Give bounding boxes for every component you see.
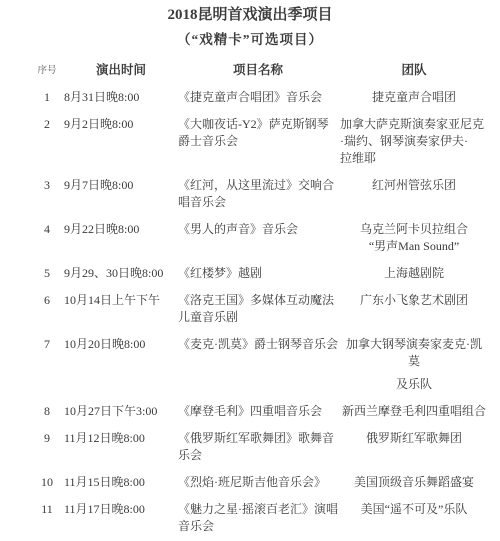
row-name-cell: 《俄罗斯红军歌舞团》歌舞音乐会 [178, 430, 340, 464]
table-row: 8 10月27日下午3:00 《摩登毛利》四重唱音乐会 新西兰摩登毛利四重唱组合 [30, 398, 488, 425]
table-header-row: 序号 演出时间 项目名称 团队 [30, 58, 488, 84]
table-row: 10 11月15日晚8:00 《烈焰·班尼斯吉他音乐会》 美国顶级音乐舞蹈盛宴 [30, 469, 488, 496]
row-name-cell: 《男人的声音》音乐会 [178, 221, 340, 255]
row-team-cell: 加拿大钢琴演奏家麦克·凯 莫及乐队 [340, 336, 488, 393]
row-time-cell: 9月7日晚8:00 [64, 177, 178, 211]
row-name-cell: 《麦克·凯莫》爵士钢琴音乐会 [178, 336, 340, 393]
schedule-table: 序号 演出时间 项目名称 团队 1 8月31日晚8:00 《捷克童声合唱团》音乐… [30, 58, 488, 540]
row-team-cell: 新西兰摩登毛利四重唱组合 [340, 403, 488, 420]
table-row: 7 10月20日晚8:00 《麦克·凯莫》爵士钢琴音乐会 加拿大钢琴演奏家麦克·… [30, 331, 488, 398]
row-name-cell: 《捷克童声合唱团》音乐会 [178, 89, 340, 106]
row-name-cell: 《红楼梦》越剧 [178, 265, 340, 282]
row-team-cell: 加拿大萨克斯演奏家亚尼克 ·瑞约、钢琴演奏家伊夫· 拉维耶 [340, 116, 488, 167]
row-team-cell: 红河州管弦乐团 [340, 177, 488, 211]
row-team-cell: 广东小飞象艺术剧团 [340, 292, 488, 326]
row-index-cell: 5 [30, 265, 64, 282]
row-name-cell: 《摩登毛利》四重唱音乐会 [178, 403, 340, 420]
row-team-cell: 捷克童声合唱团 [340, 89, 488, 106]
page-subtitle: （“戏精卡”可选项目） [0, 31, 500, 49]
row-name-cell: 《大咖夜话-Y2》萨克斯钢琴爵士音乐会 [178, 116, 340, 167]
row-team-cell: 上海越剧院 [340, 265, 488, 282]
header-team: 团队 [340, 62, 488, 80]
row-team-text: 加拿大钢琴演奏家麦克·凯 莫 [346, 337, 482, 368]
row-time-cell: 11月15日晚8:00 [64, 474, 178, 491]
row-index-cell: 11 [30, 501, 64, 535]
row-time-cell: 8月31日晚8:00 [64, 89, 178, 106]
row-index-cell: 1 [30, 89, 64, 106]
header-time: 演出时间 [64, 62, 178, 80]
header-name: 项目名称 [178, 62, 340, 80]
row-name-cell: 《洛克王国》多媒体互动魔法儿童音乐剧 [178, 292, 340, 326]
row-index-cell: 3 [30, 177, 64, 211]
table-row: 3 9月7日晚8:00 《红河，从这里流过》交响合唱音乐会 红河州管弦乐团 [30, 172, 488, 216]
table-row: 2 9月2日晚8:00 《大咖夜话-Y2》萨克斯钢琴爵士音乐会 加拿大萨克斯演奏… [30, 111, 488, 172]
row-time-cell: 10月14日上午下午 [64, 292, 178, 326]
row-index-cell: 2 [30, 116, 64, 167]
table-row: 11 11月17日晚8:00 《魅力之星·摇滚百老汇》演唱音乐会 美国“遥不可及… [30, 496, 488, 540]
table-row: 1 8月31日晚8:00 《捷克童声合唱团》音乐会 捷克童声合唱团 [30, 84, 488, 111]
row-time-cell: 9月2日晚8:00 [64, 116, 178, 167]
row-team-cell: 乌克兰阿卡贝拉组合 “男声Man Sound” [340, 221, 488, 255]
row-index-cell: 8 [30, 403, 64, 420]
row-team-cell: 美国顶级音乐舞蹈盛宴 [340, 474, 488, 491]
table-row: 5 9月29、30日晚8:00 《红楼梦》越剧 上海越剧院 [30, 260, 488, 287]
page-title: 2018昆明首戏演出季项目 [0, 0, 500, 24]
row-team-cell: 俄罗斯红军歌舞团 [340, 430, 488, 464]
row-index-cell: 4 [30, 221, 64, 255]
row-time-cell: 11月17日晚8:00 [64, 501, 178, 535]
row-time-cell: 10月27日下午3:00 [64, 403, 178, 420]
header-index: 序号 [30, 62, 64, 80]
row-time-cell: 9月22日晚8:00 [64, 221, 178, 255]
row-time-cell: 10月20日晚8:00 [64, 336, 178, 393]
row-index-cell: 9 [30, 430, 64, 464]
row-name-cell: 《烈焰·班尼斯吉他音乐会》 [178, 474, 340, 491]
row-time-cell: 11月12日晚8:00 [64, 430, 178, 464]
row-index-cell: 6 [30, 292, 64, 326]
row-name-cell: 《红河，从这里流过》交响合唱音乐会 [178, 177, 340, 211]
row-name-cell: 《魅力之星·摇滚百老汇》演唱音乐会 [178, 501, 340, 535]
row-team-cell: 美国“遥不可及”乐队 [340, 501, 488, 535]
table-row: 9 11月12日晚8:00 《俄罗斯红军歌舞团》歌舞音乐会 俄罗斯红军歌舞团 [30, 425, 488, 469]
table-row: 6 10月14日上午下午 《洛克王国》多媒体互动魔法儿童音乐剧 广东小飞象艺术剧… [30, 287, 488, 331]
row-index-cell: 10 [30, 474, 64, 491]
row-index-cell: 7 [30, 336, 64, 393]
table-row: 4 9月22日晚8:00 《男人的声音》音乐会 乌克兰阿卡贝拉组合 “男声Man… [30, 216, 488, 260]
row-time-cell: 9月29、30日晚8:00 [64, 265, 178, 282]
row-team-extra-text: 及乐队 [340, 376, 488, 393]
